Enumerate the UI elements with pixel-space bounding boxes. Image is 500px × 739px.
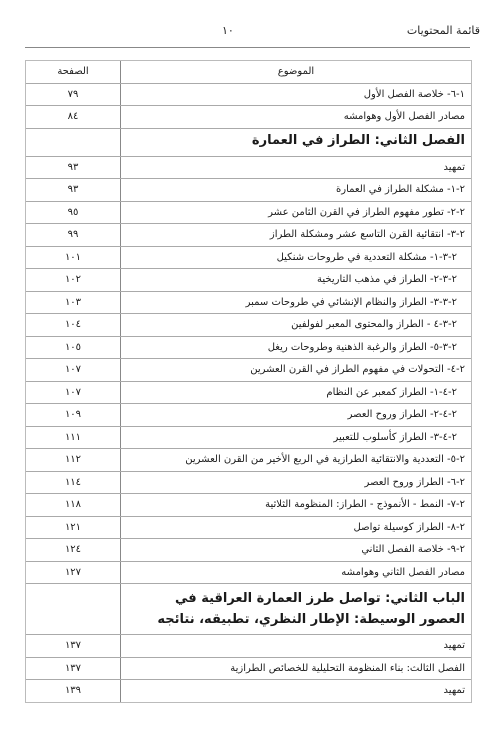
toc-entry-title: تمهيد (120, 157, 471, 179)
table-row: ٢-٣-١- مشكلة التعددية في طروحات شنكيل١٠١ (26, 247, 471, 270)
toc-entry-title: ٢-٣-٥- الطراز والرغبة الذهنية وطروحات ري… (120, 337, 471, 359)
toc-entry-page: ١٣٧ (26, 658, 120, 680)
table-row: ٢-٣- انتقائية القرن التاسع عشر ومشكلة ال… (26, 224, 471, 247)
toc-entry-title: ٢-٨- الطراز كوسيلة تواصل (120, 517, 471, 539)
toc-entry-page: ١١٤ (26, 472, 120, 494)
toc-entry-page: ١١١ (26, 427, 120, 449)
table-row: تمهيد١٣٧ (26, 635, 471, 658)
table-row: تمهيد١٣٩ (26, 680, 471, 702)
table-row: ٢-٩- خلاصة الفصل الثاني١٢٤ (26, 539, 471, 562)
toc-entry-title: الفصل الثالث: بناء المنظومة التحليلية لل… (120, 658, 471, 680)
toc-entry-page: ١٢٧ (26, 562, 120, 584)
table-row: مصادر الفصل الأول وهوامشه٨٤ (26, 106, 471, 129)
table-row: ٢-٣-٢- الطراز في مذهب التاريخية١٠٢ (26, 269, 471, 292)
header-title: قائمة المحتويات (407, 24, 480, 37)
toc-entry-title: ٢-٤- التحولات في مفهوم الطراز في القرن ا… (120, 359, 471, 381)
table-row: مصادر الفصل الثاني وهوامشه١٢٧ (26, 562, 471, 585)
toc-entry-page: ٩٣ (26, 157, 120, 179)
toc-entry-title: تمهيد (120, 635, 471, 657)
toc-entry-title: الباب الثاني: تواصل طرز العمارة العراقية… (120, 584, 471, 634)
table-row: ٢-٥- التعددية والانتقائية الطرازية في ال… (26, 449, 471, 472)
table-body: ١-٦- خلاصة الفصل الأول٧٩مصادر الفصل الأو… (26, 84, 471, 702)
toc-entry-page: ٧٩ (26, 84, 120, 106)
toc-entry-page: ١٠٢ (26, 269, 120, 291)
toc-entry-title: ٢-٥- التعددية والانتقائية الطرازية في ال… (120, 449, 471, 471)
table-row: ١-٦- خلاصة الفصل الأول٧٩ (26, 84, 471, 107)
toc-entry-title: ٢-٦- الطراز وروح العصر (120, 472, 471, 494)
toc-entry-title: ٢-٤-١- الطراز كمعبر عن النظام (120, 382, 471, 404)
table-row: ٢-٢- تطور مفهوم الطراز في القرن الثامن ع… (26, 202, 471, 225)
column-header-topic: الموضوع (120, 61, 471, 83)
table-row: ٢-١- مشكلة الطراز في العمارة٩٣ (26, 179, 471, 202)
toc-entry-title: ٢-٢- تطور مفهوم الطراز في القرن الثامن ع… (120, 202, 471, 224)
chapter-heading-row: الفصل الثاني: الطراز في العمارة (26, 129, 471, 157)
table-row: ٢-٧- النمط - الأنموذج - الطراز: المنظومة… (26, 494, 471, 517)
table-row: ٢-٣-٥- الطراز والرغبة الذهنية وطروحات ري… (26, 337, 471, 360)
table-row: ٢-٣-٣- الطراز والنظام الإنشائي في طروحات… (26, 292, 471, 315)
toc-entry-page: ١٠٥ (26, 337, 120, 359)
part-heading-row: الباب الثاني: تواصل طرز العمارة العراقية… (26, 584, 471, 635)
toc-entry-title: مصادر الفصل الأول وهوامشه (120, 106, 471, 128)
toc-entry-page: ١٠٩ (26, 404, 120, 426)
toc-entry-page: ١٠١ (26, 247, 120, 269)
table-row: الفصل الثالث: بناء المنظومة التحليلية لل… (26, 658, 471, 681)
table-header-row: الموضوع الصفحة (26, 61, 471, 84)
toc-entry-page: ٩٥ (26, 202, 120, 224)
toc-entry-title: ١-٦- خلاصة الفصل الأول (120, 84, 471, 106)
toc-entry-title: ٢-١- مشكلة الطراز في العمارة (120, 179, 471, 201)
toc-entry-page: ١٢٤ (26, 539, 120, 561)
table-row: ٢-٤- التحولات في مفهوم الطراز في القرن ا… (26, 359, 471, 382)
header-divider (25, 47, 470, 48)
table-of-contents: الموضوع الصفحة ١-٦- خلاصة الفصل الأول٧٩م… (25, 60, 472, 703)
toc-entry-title: ٢-٧- النمط - الأنموذج - الطراز: المنظومة… (120, 494, 471, 516)
toc-entry-title: الفصل الثاني: الطراز في العمارة (120, 129, 471, 156)
toc-entry-page: ١٠٤ (26, 314, 120, 336)
toc-entry-page: ٨٤ (26, 106, 120, 128)
toc-entry-title: ٢-٩- خلاصة الفصل الثاني (120, 539, 471, 561)
toc-entry-title: ٢-٣- انتقائية القرن التاسع عشر ومشكلة ال… (120, 224, 471, 246)
toc-entry-page: ١٣٧ (26, 635, 120, 657)
toc-entry-title: ٢-٤-٣- الطراز كأسلوب للتعبير (120, 427, 471, 449)
toc-entry-title: ٢-٣-٤ - الطراز والمحتوى المعبر لفولفين (120, 314, 471, 336)
toc-entry-page: ١١٢ (26, 449, 120, 471)
toc-entry-page (26, 129, 120, 156)
table-row: ٢-٤-١- الطراز كمعبر عن النظام١٠٧ (26, 382, 471, 405)
page-header: قائمة المحتويات ١٠ (30, 20, 480, 42)
toc-entry-page: ٩٣ (26, 179, 120, 201)
table-row: ٢-٣-٤ - الطراز والمحتوى المعبر لفولفين١٠… (26, 314, 471, 337)
toc-entry-page (26, 584, 120, 634)
toc-entry-page: ١٠٧ (26, 382, 120, 404)
toc-entry-page: ١٠٣ (26, 292, 120, 314)
toc-entry-title: ٢-٤-٢- الطراز وروح العصر (120, 404, 471, 426)
toc-entry-title: ٢-٣-١- مشكلة التعددية في طروحات شنكيل (120, 247, 471, 269)
toc-entry-title: تمهيد (120, 680, 471, 702)
table-row: ٢-٤-٣- الطراز كأسلوب للتعبير١١١ (26, 427, 471, 450)
toc-entry-page: ٩٩ (26, 224, 120, 246)
page-number: ١٠ (222, 24, 234, 37)
column-header-page: الصفحة (26, 61, 120, 83)
table-row: ٢-٦- الطراز وروح العصر١١٤ (26, 472, 471, 495)
toc-entry-title: مصادر الفصل الثاني وهوامشه (120, 562, 471, 584)
table-row: ٢-٤-٢- الطراز وروح العصر١٠٩ (26, 404, 471, 427)
toc-entry-title: ٢-٣-٣- الطراز والنظام الإنشائي في طروحات… (120, 292, 471, 314)
toc-entry-page: ١٢١ (26, 517, 120, 539)
toc-entry-page: ١٠٧ (26, 359, 120, 381)
toc-entry-title: ٢-٣-٢- الطراز في مذهب التاريخية (120, 269, 471, 291)
toc-entry-page: ١١٨ (26, 494, 120, 516)
table-row: ٢-٨- الطراز كوسيلة تواصل١٢١ (26, 517, 471, 540)
toc-entry-page: ١٣٩ (26, 680, 120, 702)
table-row: تمهيد٩٣ (26, 157, 471, 180)
